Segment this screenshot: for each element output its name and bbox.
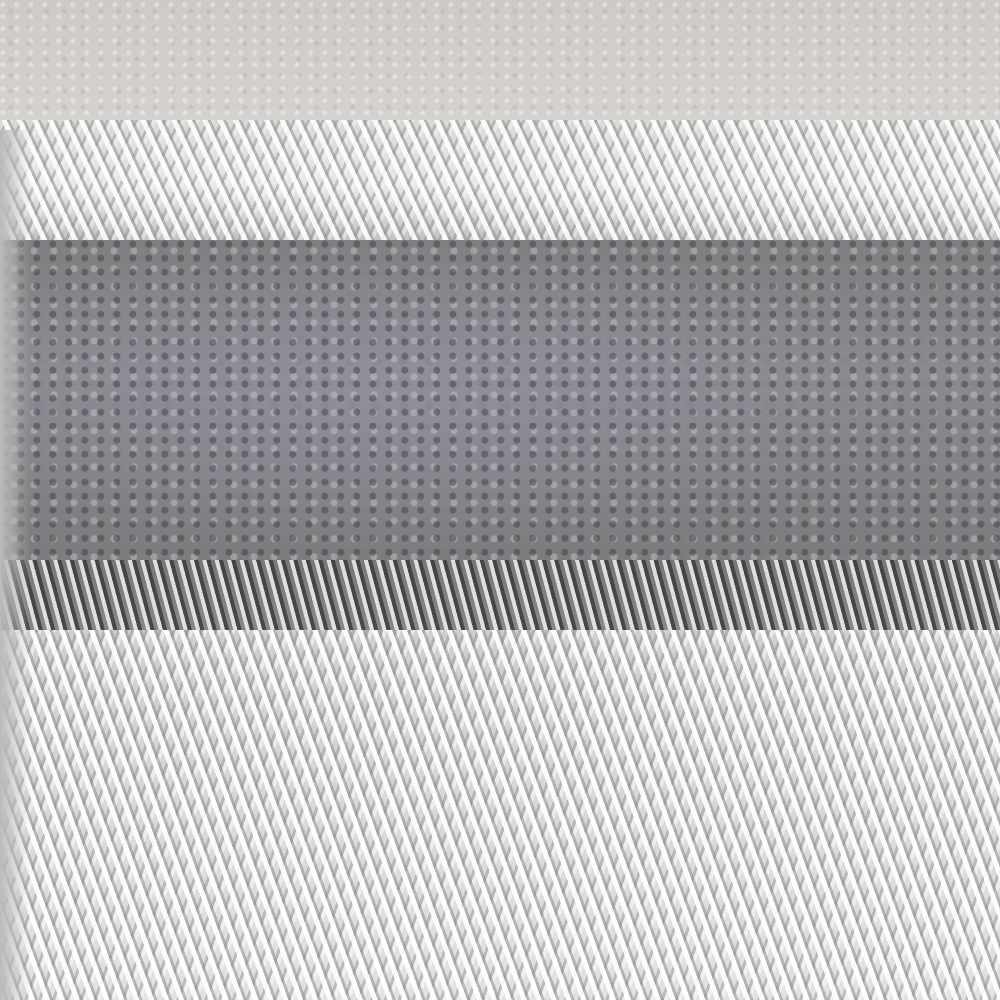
dark-mottled-band bbox=[0, 240, 1000, 580]
light-loop-field bbox=[0, 630, 1000, 1000]
top-pale-band bbox=[0, 0, 1000, 130]
rug-texture-photo: Horizontal bands of looped yarn: pale pi… bbox=[0, 0, 1000, 1000]
striped-border-row bbox=[0, 560, 1000, 640]
white-loop-stripe bbox=[0, 120, 1000, 250]
left-edge-shadow bbox=[0, 130, 30, 1000]
